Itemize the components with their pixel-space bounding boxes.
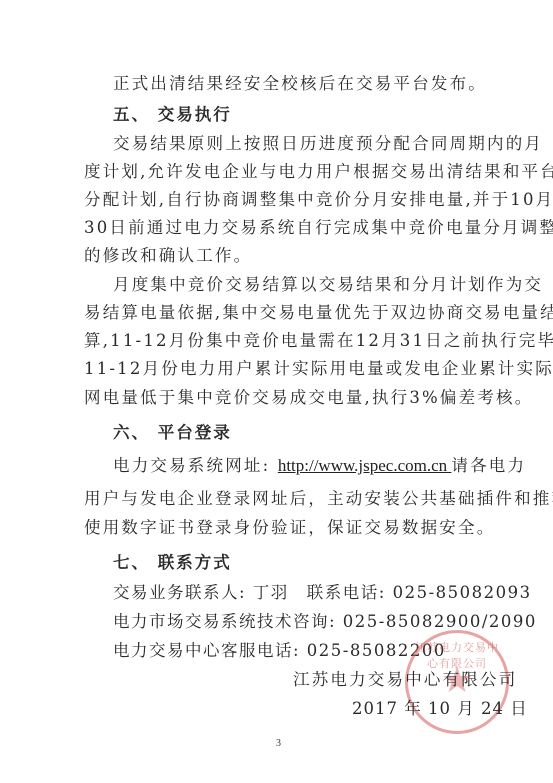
section5-p2-line2: 易结算电量依据,集中交易电量优先于双边协商交易电量结 <box>84 303 553 323</box>
section5-p1-line4: 30日前通过电力交易系统自行完成集中竞价电量分月调整 <box>84 218 553 238</box>
section6-line1: 电力交易系统网址: http://www.jspec.com.cn 请各电力 <box>113 456 526 476</box>
url-suffix: 请各电力 <box>451 456 526 475</box>
section6-line2: 用户与发电企业登录网址后，主动安装公共基础插件和推荐 <box>84 489 553 509</box>
section7-heading: 七、 联系方式 <box>113 553 232 573</box>
contact-customer-service: 电力交易中心客服电话: 025-85082200 <box>113 641 446 661</box>
contact-tech-support: 电力市场交易系统技术咨询: 025-85082900/2090 <box>113 612 537 632</box>
section5-p2-line1: 月度集中竞价交易结算以交易结果和分月计划作为交 <box>113 275 543 295</box>
section5-heading: 五、 交易执行 <box>113 105 232 125</box>
page-number: 3 <box>276 738 281 749</box>
section5-p1-line3: 分配计划,自行协商调整集中竞价分月安排电量,并于10月 <box>84 190 553 210</box>
section5-p1-line2: 度计划,允许发电企业与电力用户根据交易出清结果和平台 <box>84 162 553 182</box>
section5-p1-line5: 的修改和确认工作。 <box>84 246 252 266</box>
section6-heading: 六、 平台登录 <box>113 423 232 443</box>
signature-date: 2017 年 10 月 24 日 <box>352 699 528 719</box>
intro-paragraph: 正式出清结果经安全校核后在交易平台发布。 <box>113 74 487 94</box>
section6-line3: 使用数字证书登录身份验证，保证交易数据安全。 <box>84 518 495 538</box>
section5-p2-line4: 11-12月份电力用户累计实际用电量或发电企业累计实际上 <box>84 359 553 379</box>
url-label: 电力交易系统网址: <box>113 456 278 475</box>
signature-organization: 江苏电力交易中心有限公司 <box>293 670 517 690</box>
contact-trading-business: 交易业务联系人: 丁羽 联系电话: 025-85082093 <box>113 583 532 603</box>
trading-system-url-link[interactable]: http://www.jspec.com.cn <box>278 456 452 475</box>
section5-p1-line1: 交易结果原则上按照日历进度预分配合同周期内的月 <box>113 134 543 154</box>
section5-p2-line5: 网电量低于集中竞价交易成交电量,执行3%偏差考核。 <box>84 388 533 408</box>
section5-p2-line3: 算,11-12月份集中竞价电量需在12月31日之前执行完毕。若 <box>84 331 553 351</box>
document-page: 正式出清结果经安全校核后在交易平台发布。 五、 交易执行 交易结果原则上按照日历… <box>0 0 553 783</box>
